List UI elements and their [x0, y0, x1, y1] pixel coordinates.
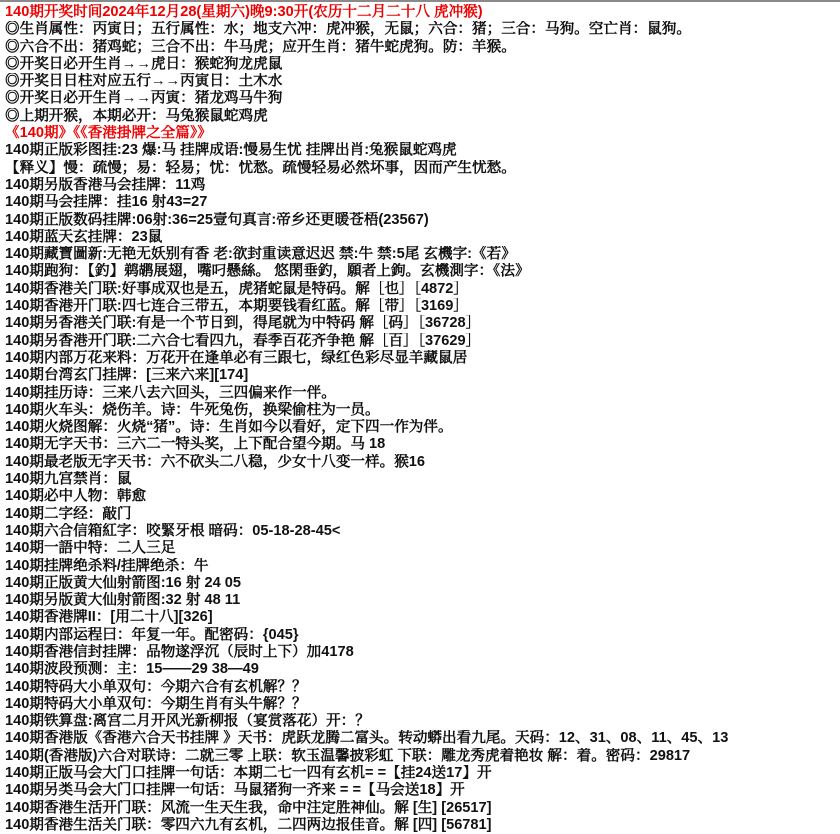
info-line: 140期火车头：烧伤羊。诗：牛死兔伤，换梁偷柱为一员。 — [5, 402, 838, 419]
info-line: 140期另类马会大门口挂牌一句话：马鼠猪狗一齐来 = =【马会送18】开 — [5, 782, 838, 799]
info-line: 140期香港关门联:好事成双也是五，虎猪蛇鼠是特码。解［也］［4872］ — [5, 281, 838, 298]
info-line: 140期香港版《香港六合天书挂牌 》天书：虎跃龙腾二富头。转动蟒出看九尾。天码：… — [5, 730, 838, 747]
info-line: 140期香港信封挂牌：品物遂浮沉（辰时上下）加4178 — [5, 644, 838, 661]
info-line: ◎生肖属性：丙寅日；五行属性：水；地支六冲：虎冲猴，无鼠；六合：猪；三合：马狗。… — [5, 21, 838, 38]
info-line: 140期火烧图解：火烧“猪”。诗：生肖如今以看好，定下四一作为伴。 — [5, 419, 838, 436]
info-line: 140期挂历诗：三来八去六回头，三四偏来作一伴。 — [5, 385, 838, 402]
info-line: 140期九宫禁肖：鼠 — [5, 471, 838, 488]
lottery-info-page: 140期开奖时间2024年12月28(星期六)晚9:30开(农历十二月二十八 虎… — [0, 0, 840, 834]
info-line: 140期开奖时间2024年12月28(星期六)晚9:30开(农历十二月二十八 虎… — [5, 4, 838, 21]
info-line: 140期特码大小单双句：今期生肖有头牛解？？ — [5, 696, 838, 713]
info-line: ◎开奖日日柱对应五行→→丙寅日：土木水 — [5, 73, 838, 90]
info-line: 140期另香港开门联:二六合七看四九，春季百花齐争艳 解［百］［37629］ — [5, 333, 838, 350]
info-line: 140期香港生活开门联：风流一生天生我，命中注定胜神仙。解 [生] [26517… — [5, 800, 838, 817]
info-line: 140期另香港关门联:有是一个节日到，得尾就为中特码 解［码］［36728］ — [5, 315, 838, 332]
info-line: 140期六合信箱紅字：咬緊牙根 暗码：05-18-28-45< — [5, 523, 838, 540]
info-line: 140期内部万花来料：万花开在逢单必有三跟七，绿红色彩尽显羊藏鼠居 — [5, 350, 838, 367]
info-line: 140期蓝天玄挂牌：23鼠 — [5, 229, 838, 246]
info-line: 140期必中人物：韩愈 — [5, 488, 838, 505]
info-line: 140期另版香港马会挂牌：11鸡 — [5, 177, 838, 194]
info-line: 140期内部运程曰：年复一年。配密码：{045} — [5, 627, 838, 644]
info-line: ◎六合不出：猪鸡蛇；三合不出：牛马虎；应开生肖：猪牛蛇虎狗。防：羊猴。 — [5, 39, 838, 56]
info-line: 140期跑狗：【釣】鹈鹕展翅，嘴叼懸絲。 悠閑垂釣，願者上鉤。玄機測字：《法》 — [5, 263, 838, 280]
info-line: 140期(香港版)六合对联诗：二就三零 上联：软玉温馨披彩虹 下联：雕龙秀虎着艳… — [5, 748, 838, 765]
info-line: 140期香港开门联:四七连合三带五，本期要钱看红蓝。解［带］［3169］ — [5, 298, 838, 315]
info-line: 140期香港生活关门联：零四六九有玄机，二四两边报佳音。解 [四] [56781… — [5, 817, 838, 834]
info-line: 140期最老版无字天书：六不砍头二八稳，少女十八变一样。猴16 — [5, 454, 838, 471]
info-line: 140期特码大小单双句：今期六合有玄机解？？ — [5, 679, 838, 696]
info-line: 140期铁算盘:离宫二月开风光新柳报（宴赏落花）开：？ — [5, 713, 838, 730]
info-line: 140期挂牌绝杀料/挂牌绝杀：牛 — [5, 558, 838, 575]
info-line: 《140期》《《香港掛牌之全篇》》 — [5, 125, 838, 142]
info-line: 140期香港牌II：[用二十八][326] — [5, 609, 838, 626]
info-lines: 140期开奖时间2024年12月28(星期六)晚9:30开(农历十二月二十八 虎… — [5, 4, 838, 834]
info-line: ◎上期开猴，本期必开：马兔猴鼠蛇鸡虎 — [5, 108, 838, 125]
info-line: 140期藏寶圖新:无艳无妖别有香 老:欲封重读意迟迟 禁:牛 禁:5尾 玄機字:… — [5, 246, 838, 263]
info-line: 140期马会挂牌：挂16 射43=27 — [5, 194, 838, 211]
info-line: 140期正版黄大仙射箭图:16 射 24 05 — [5, 575, 838, 592]
info-line: 140期波段预测：主：15——29 38—49 — [5, 661, 838, 678]
info-line: 140期正版数码挂牌:06射:36=25壹句真言:帝乡还更暖苍梧(23567) — [5, 212, 838, 229]
info-line: 140期台湾玄门挂牌：[三来六来][174] — [5, 367, 838, 384]
info-line: 140期另版黄大仙射箭图:32 射 48 11 — [5, 592, 838, 609]
info-line: ◎开奖日必开生肖→→虎日：猴蛇狗龙虎鼠 — [5, 56, 838, 73]
info-line: 140期二字经：敲门 — [5, 506, 838, 523]
info-line: 140期正版马会大门口挂牌一句话：本期二七一四有玄机= =【挂24送17】开 — [5, 765, 838, 782]
info-line: 【释义】慢：疏慢；易：轻易；忧：忧愁。疏慢轻易必然坏事，因而产生忧愁。 — [5, 160, 838, 177]
info-line: 140期无字天书：三六二一特头奖，上下配合望今期。马 18 — [5, 436, 838, 453]
info-line: 140期一語中特：二人三足 — [5, 540, 838, 557]
info-line: 140期正版彩图挂:23 爆:马 挂牌成语:慢易生忧 挂牌出肖:兔猴鼠蛇鸡虎 — [5, 142, 838, 159]
info-line: ◎开奖日必开生肖→→丙寅：猪龙鸡马牛狗 — [5, 90, 838, 107]
